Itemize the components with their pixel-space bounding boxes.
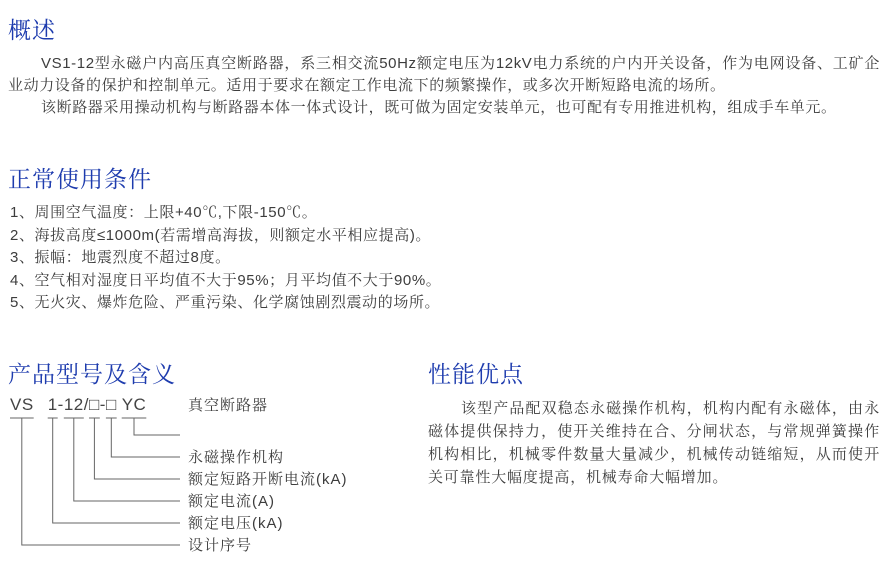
condition-item: 3、振幅：地震烈度不超过8度。	[10, 247, 880, 270]
diagram-label-vacuum-breaker: 真空断路器	[188, 395, 268, 416]
conditions-heading: 正常使用条件	[8, 165, 880, 193]
diagram-label-magnet-mechanism: 永磁操作机构	[188, 447, 284, 468]
section-performance: 性能优点 该型产品配双稳态永磁操作机构，机构内配有永磁体，由永磁体提供保持力，使…	[428, 360, 880, 563]
condition-item: 5、无火灾、爆炸危险、严重污染、化学腐蚀剧烈震动的场所。	[10, 292, 880, 315]
section-normal-conditions: 正常使用条件 1、周围空气温度：上限+40℃,下限-150℃。 2、海拔高度≤1…	[8, 165, 880, 315]
condition-item: 1、周围空气温度：上限+40℃,下限-150℃。	[10, 202, 880, 225]
section-model-meaning: 产品型号及含义 VS1-12/□-□YC 永磁操作机构 额定短路开断电流(kA)…	[8, 360, 428, 563]
overview-paragraph-2: 该断路器采用操动机构与断路器本体一体式设计，既可做为固定安装单元，也可配有专用推…	[8, 97, 880, 119]
condition-item: 2、海拔高度≤1000m(若需增高海拔，则额定水平相应提高)。	[10, 225, 880, 248]
performance-paragraph: 该型产品配双稳态永磁操作机构，机构内配有永磁体，由永磁体提供保持力，使开关维持在…	[428, 397, 880, 489]
diagram-label-breaking-current: 额定短路开断电流(kA)	[188, 469, 348, 490]
conditions-list: 1、周围空气温度：上限+40℃,下限-150℃。 2、海拔高度≤1000m(若需…	[8, 202, 880, 315]
diagram-label-rated-current: 额定电流(A)	[188, 491, 275, 512]
overview-paragraphs: VS1-12型永磁户内高压真空断路器，系三相交流50Hz额定电压为12kV电力系…	[8, 53, 880, 119]
performance-heading: 性能优点	[428, 360, 880, 388]
model-diagram: VS1-12/□-□YC 永磁操作机构 额定短路开断电流(kA) 额定电流(A)…	[8, 395, 428, 563]
diagram-label-design-serial: 设计序号	[188, 535, 252, 556]
diagram-label-rated-voltage: 额定电压(kA)	[188, 513, 284, 534]
overview-heading: 概述	[8, 16, 880, 44]
bottom-columns: 产品型号及含义 VS1-12/□-□YC 永磁操作机构 额定短路开断电流(kA)…	[8, 360, 880, 563]
condition-item: 4、空气相对湿度日平均值不大于95%；月平均值不大于90%。	[10, 270, 880, 293]
catalog-page: 概述 VS1-12型永磁户内高压真空断路器，系三相交流50Hz额定电压为12kV…	[0, 0, 888, 563]
section-overview: 概述 VS1-12型永磁户内高压真空断路器，系三相交流50Hz额定电压为12kV…	[8, 16, 880, 119]
overview-paragraph-1: VS1-12型永磁户内高压真空断路器，系三相交流50Hz额定电压为12kV电力系…	[8, 53, 880, 97]
model-meaning-heading: 产品型号及含义	[8, 360, 428, 388]
